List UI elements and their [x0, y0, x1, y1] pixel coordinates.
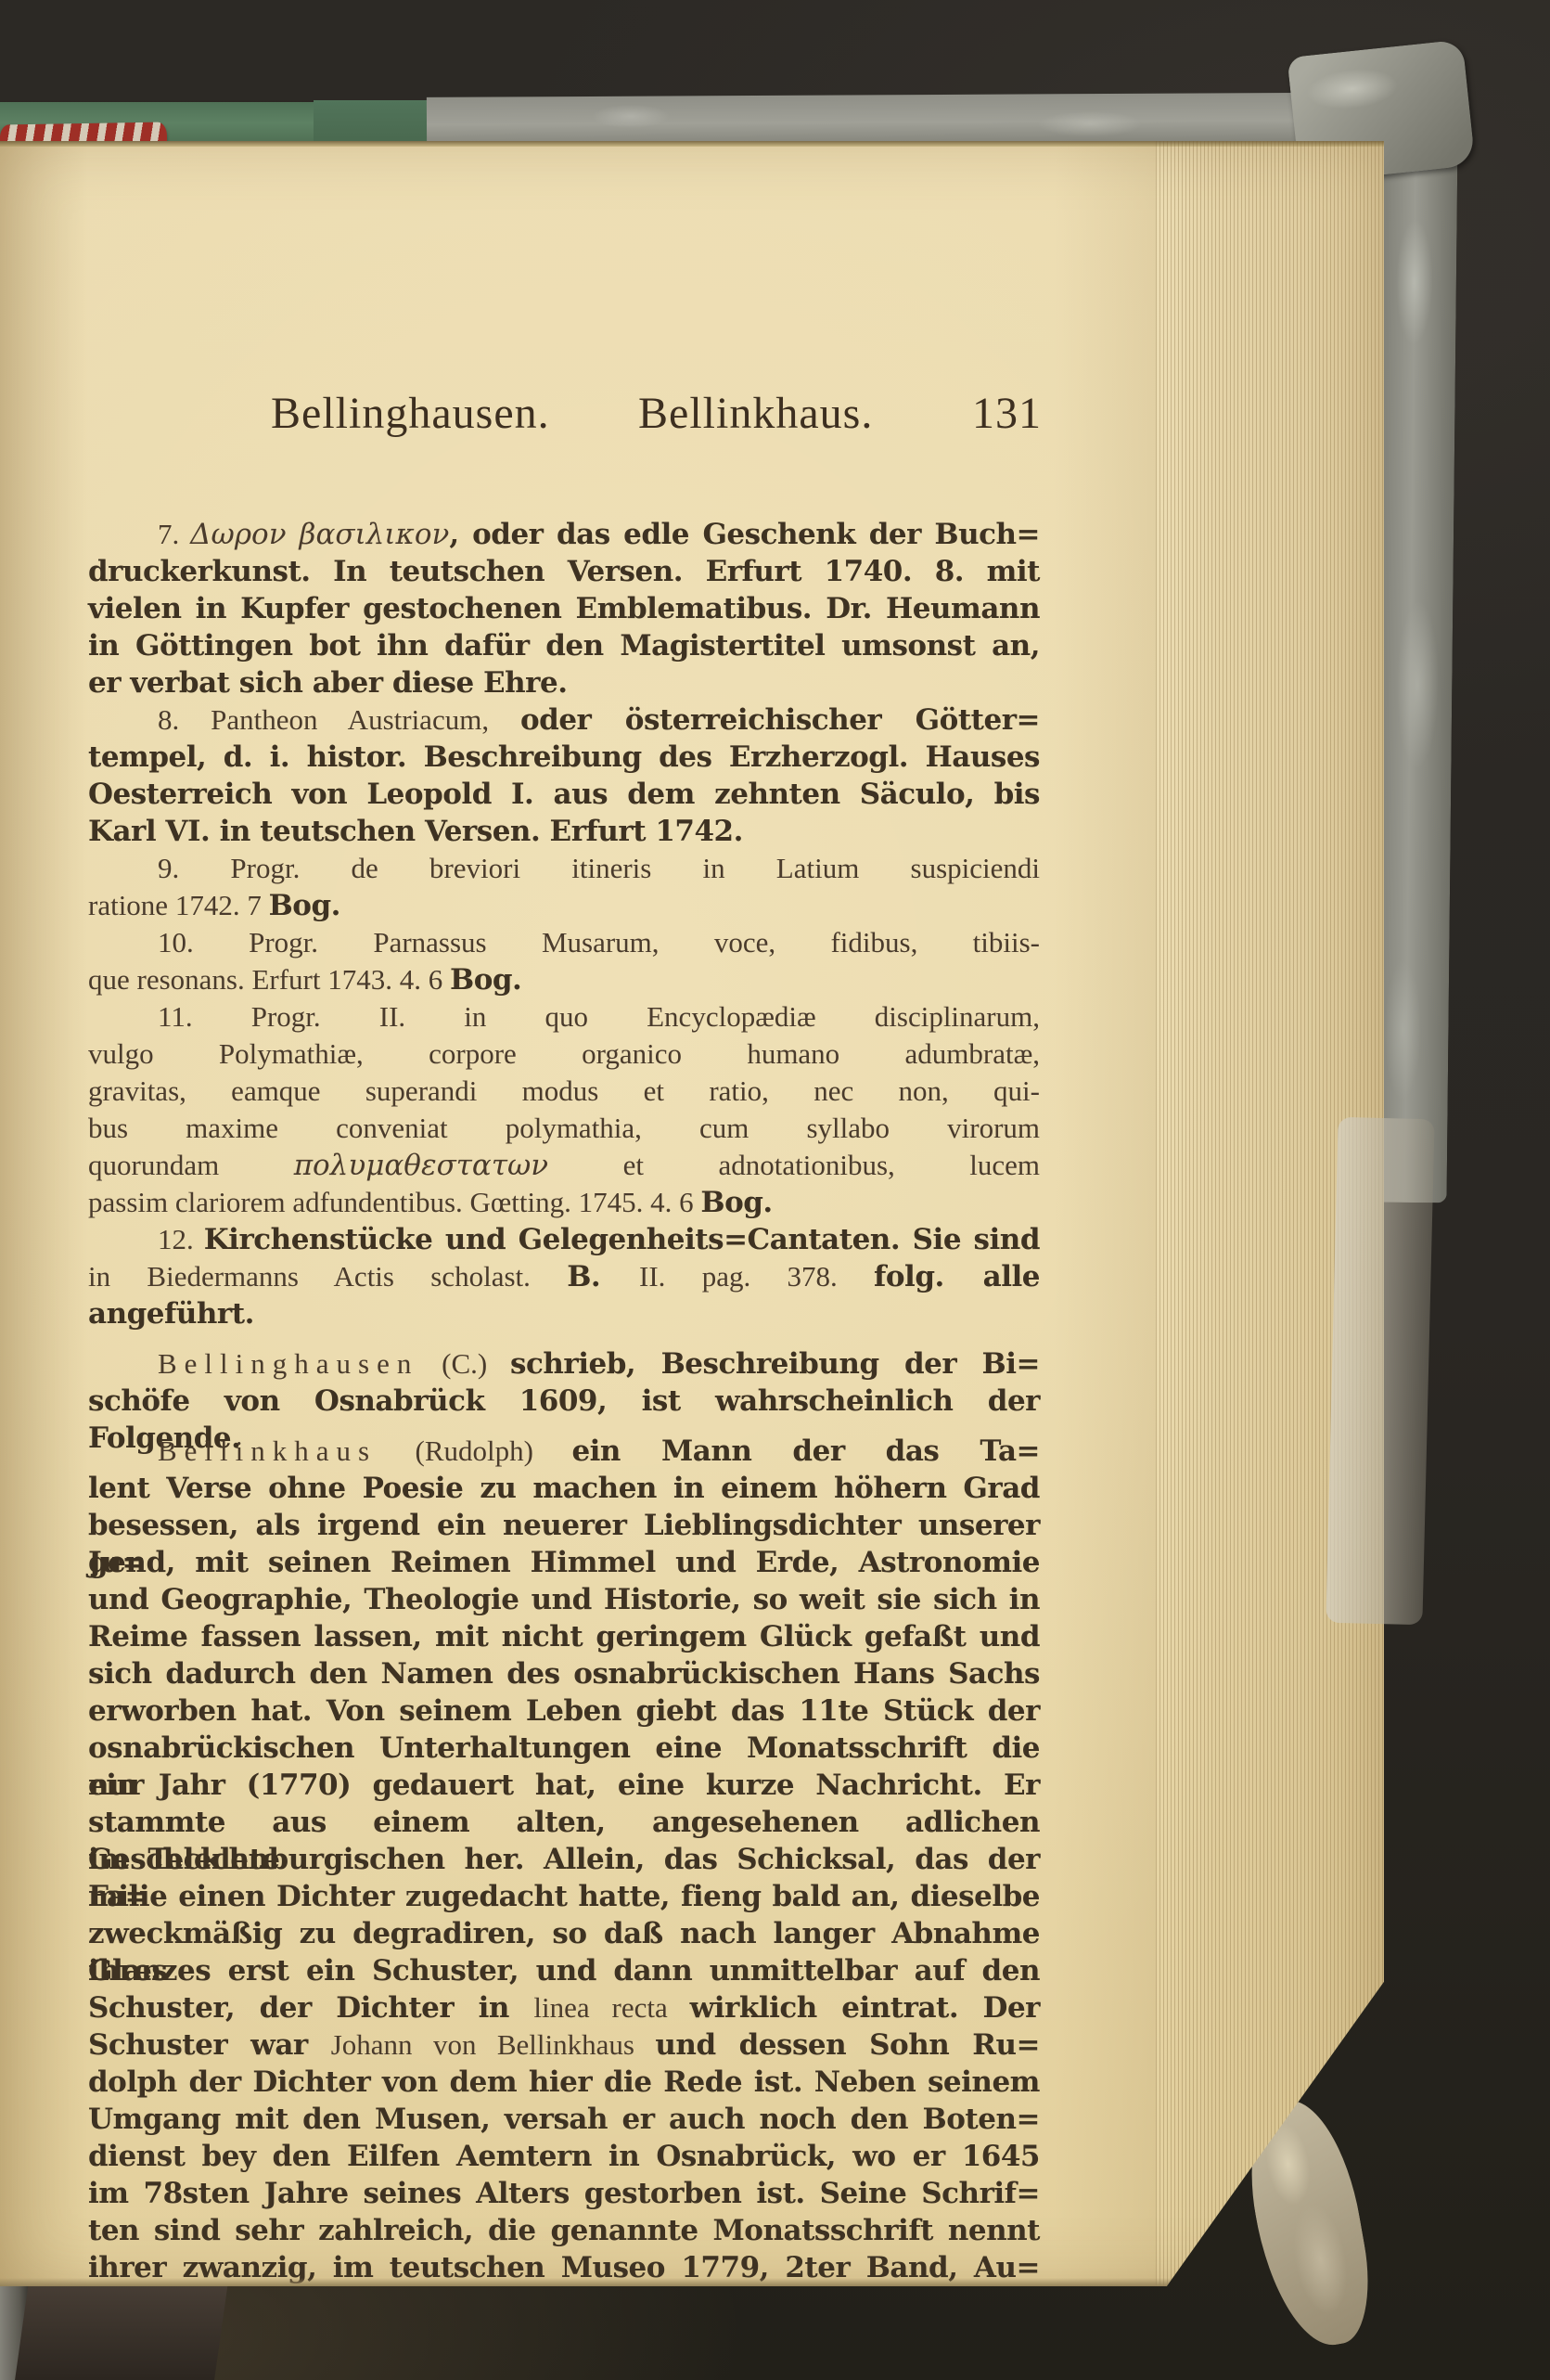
text-line: Schuster, der Dichter in linea recta wir…: [88, 1989, 1040, 2026]
text-segment: ratione 1742. 7: [88, 889, 269, 921]
tape-fragment: [1326, 1117, 1434, 1625]
text-segment: Reime fassen lassen, mit nicht geringem …: [88, 1620, 1040, 1653]
text-line: im Tecklenburgischen her. Allein, das Sc…: [88, 1841, 1040, 1878]
text-segment: Oesterreich von Leopold I. aus dem zehnt…: [88, 778, 1040, 811]
text-segment: gravitas, eamque superandi modus et rati…: [88, 1074, 1040, 1107]
text-line: Bellinghausen (C.) schrieb, Beschreibung…: [88, 1345, 1040, 1383]
text-segment: Schuster war: [88, 2028, 331, 2062]
text-segment: milie einen Dichter zugedacht hatte, fie…: [88, 1880, 1040, 1913]
text-segment: Schuster, der Dichter in: [88, 1991, 533, 2025]
text-line: er verbat sich aber diese Ehre.: [88, 664, 1040, 701]
text-line: Umgang mit den Musen, versah er auch noc…: [88, 2101, 1040, 2138]
text-segment: erworben hat. Von seinem Leben giebt das…: [88, 1694, 1040, 1728]
page-curve-shading: [1054, 141, 1156, 2286]
text-segment: im 78sten Jahre seines Alters gestorben …: [88, 2177, 1040, 2210]
text-line: tempel, d. i. histor. Beschreibung des E…: [88, 739, 1040, 776]
text-line: in Biedermanns Actis scholast. B. II. pa…: [88, 1258, 1040, 1295]
running-head-left: Bellinghausen.: [271, 388, 550, 439]
text-line: que resonans. Erfurt 1743. 4. 6 Bog.: [88, 961, 1040, 998]
text-segment: ein Mann der das Ta=: [571, 1434, 1040, 1468]
text-segment: 11. Progr. II. in quo Encyclopædiæ disci…: [158, 1000, 1040, 1033]
text-segment: dienst bey den Eilfen Aemtern in Osnabrü…: [88, 2140, 1040, 2173]
text-line: lent Verse ohne Poesie zu machen in eine…: [88, 1470, 1040, 1507]
text-segment: 9. Progr. de breviori itineris in Latium…: [158, 852, 1040, 884]
cover-bottom-edge: [15, 2275, 229, 2380]
text-segment: vielen in Kupfer gestochenen Emblematibu…: [88, 592, 1040, 625]
text-line: ratione 1742. 7 Bog.: [88, 887, 1040, 924]
text-line: Glanzes erst ein Schuster, und dann unmi…: [88, 1952, 1040, 1989]
text-segment: Kirchenstücke und Gelegenheits=Cantaten.…: [204, 1223, 1040, 1256]
text-line: erworben hat. Von seinem Leben giebt das…: [88, 1692, 1040, 1730]
text-segment: Bog.: [269, 889, 340, 922]
text-segment: oder österreichischer Götter=: [520, 703, 1040, 737]
text-segment: folg. alle: [874, 1260, 1040, 1293]
text-segment: dolph der Dichter von dem hier die Rede …: [88, 2065, 1040, 2099]
text-segment: und dessen Sohn Ru=: [655, 2028, 1040, 2062]
text-segment: 10. Progr. Parnassus Musarum, voce, fidi…: [158, 926, 1040, 958]
text-segment: (Rudolph): [377, 1434, 571, 1467]
text-segment: et adnotationibus, lucem: [548, 1149, 1040, 1181]
running-head-right: Bellinkhaus.: [638, 388, 873, 439]
text-line: dolph der Dichter von dem hier die Rede …: [88, 2064, 1040, 2101]
text-segment: in Göttingen bot ihn dafür den Magistert…: [88, 629, 1040, 663]
text-segment: (C.): [418, 1347, 510, 1380]
text-line: milie einen Dichter zugedacht hatte, fie…: [88, 1878, 1040, 1915]
text-line: in Göttingen bot ihn dafür den Magistert…: [88, 627, 1040, 664]
text-line: Karl VI. in teutschen Versen. Erfurt 174…: [88, 813, 1040, 850]
text-segment: und Geographie, Theologie und Historie, …: [88, 1583, 1040, 1616]
text-line: im 78sten Jahre seines Alters gestorben …: [88, 2175, 1040, 2212]
text-segment: er verbat sich aber diese Ehre.: [88, 666, 568, 700]
text-segment: schrieb, Beschreibung der Bi=: [510, 1347, 1040, 1381]
text-segment: Bog.: [450, 963, 521, 997]
text-line: 11. Progr. II. in quo Encyclopædiæ disci…: [88, 998, 1040, 1036]
text-segment: ihrer zwanzig, im teutschen Museo 1779, …: [88, 2251, 1040, 2284]
text-line: ten sind sehr zahlreich, die genannte Mo…: [88, 2212, 1040, 2249]
book-scan: Bellinghausen. Bellinkhaus. 131 7. Δωρον…: [0, 0, 1550, 2380]
signature-mark: 9*: [796, 2281, 826, 2315]
text-segment: que resonans. Erfurt 1743. 4. 6: [88, 963, 450, 996]
text-line: gend, mit seinen Reimen Himmel und Erde,…: [88, 1544, 1040, 1581]
text-segment: Umgang mit den Musen, versah er auch noc…: [88, 2103, 1040, 2136]
book-page: Bellinghausen. Bellinkhaus. 131 7. Δωρον…: [0, 141, 1384, 2286]
text-segment: passim clariorem adfundentibus. Gœtting.…: [88, 1186, 700, 1218]
text-segment: sich dadurch den Namen des osnabrückisch…: [88, 1657, 1040, 1691]
text-line: stammte aus einem alten, angesehenen adl…: [88, 1804, 1040, 1841]
text-line: dienst bey den Eilfen Aemtern in Osnabrü…: [88, 2138, 1040, 2175]
text-line: schöfe von Osnabrück 1609, ist wahrschei…: [88, 1383, 1040, 1420]
text-segment: πολυμαθεστατων: [294, 1149, 548, 1182]
text-line: 10. Progr. Parnassus Musarum, voce, fidi…: [88, 924, 1040, 961]
text-segment: Bellinghausen: [158, 1347, 418, 1380]
text-line: Schuster war Johann von Bellinkhaus und …: [88, 2026, 1040, 2064]
text-line: 7. Δωρον βασιλικον, oder das edle Gesche…: [88, 516, 1040, 553]
text-line: Reime fassen lassen, mit nicht geringem …: [88, 1618, 1040, 1655]
text-segment: Johann von Bellinkhaus: [331, 2028, 656, 2061]
text-segment: ein Jahr (1770) gedauert hat, eine kurze…: [88, 1769, 1040, 1802]
text-line: bus maxime conveniat polymathia, cum syl…: [88, 1110, 1040, 1147]
text-line: 12. Kirchenstücke und Gelegenheits=Canta…: [88, 1221, 1040, 1258]
text-segment: Δωρον βασιλικον: [190, 518, 449, 551]
text-block: 7. Δωρον βασιλικον, oder das edle Gesche…: [88, 516, 1040, 2286]
text-line: druckerkunst. In teutschen Versen. Erfur…: [88, 553, 1040, 590]
text-segment: tempel, d. i. histor. Beschreibung des E…: [88, 740, 1040, 774]
text-segment: Bog.: [700, 1186, 772, 1219]
text-line: ihrer zwanzig, im teutschen Museo 1779, …: [88, 2249, 1040, 2286]
text-segment: 7.: [158, 518, 190, 550]
text-line: besessen, als irgend ein neuerer Lieblin…: [88, 1507, 1040, 1544]
text-segment: vulgo Polymathiæ, corpore organico human…: [88, 1037, 1040, 1070]
text-segment: , oder das edle Geschenk der Buch=: [449, 518, 1040, 551]
book-spine-green-band-edge: [314, 100, 434, 147]
page-number: 131: [972, 388, 1042, 439]
text-segment: Karl VI. in teutschen Versen. Erfurt 174…: [88, 815, 743, 848]
text-line: angeführt.: [88, 1295, 1040, 1332]
text-line: vielen in Kupfer gestochenen Emblematibu…: [88, 590, 1040, 627]
text-line: 9. Progr. de breviori itineris in Latium…: [88, 850, 1040, 887]
text-line: sich dadurch den Namen des osnabrückisch…: [88, 1655, 1040, 1692]
text-segment: ten sind sehr zahlreich, die genannte Mo…: [88, 2214, 1040, 2247]
text-segment: 8. Pantheon Austriacum,: [158, 703, 520, 736]
text-line: quorundam πολυμαθεστατων et adnotationib…: [88, 1147, 1040, 1184]
text-segment: quorundam: [88, 1149, 294, 1181]
text-line: osnabrückischen Unterhaltungen eine Mona…: [88, 1730, 1040, 1767]
gutter-shadow: [0, 141, 88, 2286]
text-line: vulgo Polymathiæ, corpore organico human…: [88, 1036, 1040, 1073]
text-segment: linea recta: [533, 1991, 689, 2024]
text-segment: bus maxime conveniat polymathia, cum syl…: [88, 1112, 1040, 1144]
text-line: gravitas, eamque superandi modus et rati…: [88, 1073, 1040, 1110]
text-line: zweckmäßig zu degradiren, so daß nach la…: [88, 1915, 1040, 1952]
text-line: Bellinkhaus (Rudolph) ein Mann der das T…: [88, 1433, 1040, 1470]
text-segment: B.: [567, 1260, 639, 1293]
text-segment: druckerkunst. In teutschen Versen. Erfur…: [88, 555, 1040, 588]
text-segment: Glanzes erst ein Schuster, und dann unmi…: [88, 1954, 1040, 1988]
text-segment: wirklich eintrat. Der: [690, 1991, 1040, 2025]
text-line: und Geographie, Theologie und Historie, …: [88, 1581, 1040, 1618]
text-line: passim clariorem adfundentibus. Gœtting.…: [88, 1184, 1040, 1221]
text-segment: 12.: [158, 1223, 204, 1255]
text-segment: in Biedermanns Actis scholast.: [88, 1260, 567, 1293]
text-line: Oesterreich von Leopold I. aus dem zehnt…: [88, 776, 1040, 813]
text-segment: lent Verse ohne Poesie zu machen in eine…: [88, 1472, 1040, 1505]
text-segment: gend, mit seinen Reimen Himmel und Erde,…: [88, 1546, 1040, 1579]
text-segment: angeführt.: [88, 1297, 254, 1331]
text-line: ein Jahr (1770) gedauert hat, eine kurze…: [88, 1767, 1040, 1804]
text-line: 8. Pantheon Austriacum, oder österreichi…: [88, 701, 1040, 739]
text-segment: II. pag. 378.: [639, 1260, 874, 1293]
text-segment: Bellinkhaus: [158, 1434, 377, 1467]
